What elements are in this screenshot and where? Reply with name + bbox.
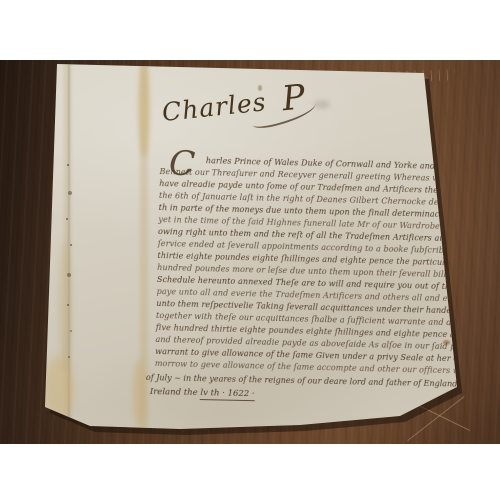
stain-crease-top: [138, 62, 150, 157]
parchment-document: CharlesP C harles Prince of Wales Duke o…: [0, 60, 500, 444]
signature: CharlesP: [160, 75, 307, 130]
stain-left-middle: [58, 240, 72, 370]
photograph: CharlesP C harles Prince of Wales Duke o…: [0, 60, 500, 444]
closing-line: Ireland the lv th · 1622 ·: [150, 386, 255, 401]
manuscript-body: harles Prince of Wales Duke of Cornwall …: [155, 154, 480, 378]
closing-prefix: Ireland the: [150, 387, 201, 398]
white-band-bottom: [0, 444, 500, 500]
white-band-top: [0, 0, 500, 60]
closing-date: lv th · 1622 ·: [200, 388, 255, 401]
stain-crease-bottom: [133, 360, 145, 428]
photo-frame: CharlesP C harles Prince of Wales Duke o…: [0, 0, 500, 500]
ink-smudge: [314, 100, 330, 109]
